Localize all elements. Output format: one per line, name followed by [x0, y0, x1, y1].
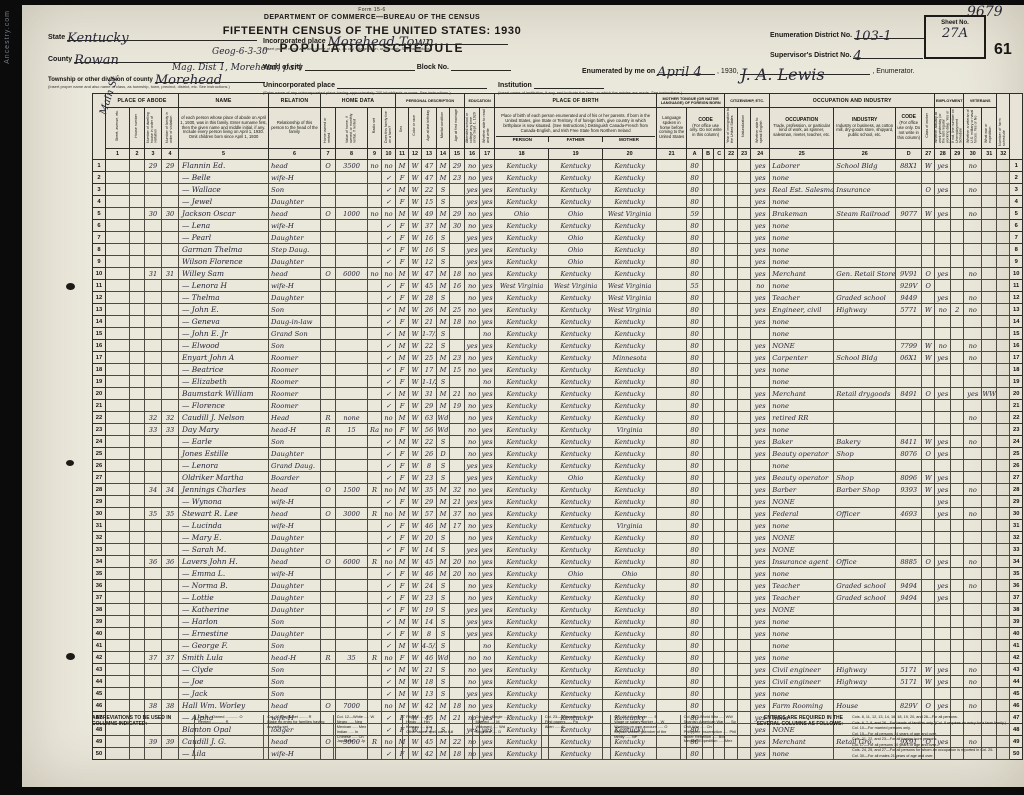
cell: yes — [480, 484, 495, 496]
cell: 7799 — [896, 340, 922, 352]
cell — [321, 184, 336, 196]
cell — [336, 472, 368, 484]
cell — [725, 376, 738, 388]
cell — [321, 676, 336, 688]
cell — [982, 592, 997, 604]
cell: Ohio — [549, 208, 603, 220]
cell: yes — [465, 256, 480, 268]
cell: S — [437, 256, 450, 268]
cell — [922, 220, 935, 232]
cell — [951, 700, 964, 712]
cell: W — [409, 520, 422, 532]
cell: no — [465, 412, 480, 424]
cell: Oldriker Martha — [179, 472, 269, 484]
cell: yes — [480, 160, 495, 172]
cell: Lavers John H. — [179, 556, 269, 568]
cell: F — [396, 400, 409, 412]
cell — [922, 412, 935, 424]
cell: yes — [751, 520, 770, 532]
cell — [738, 184, 751, 196]
cell: no — [465, 400, 480, 412]
cell — [130, 436, 145, 448]
cell — [725, 196, 738, 208]
cell: 15 — [450, 364, 465, 376]
cell — [130, 304, 145, 316]
cell — [368, 580, 382, 592]
cell: Kentucky — [495, 412, 549, 424]
cell: Ohio — [603, 568, 657, 580]
cell — [450, 628, 465, 640]
cell — [951, 448, 964, 460]
cell — [964, 544, 982, 556]
cell: S — [437, 544, 450, 556]
cell: Son — [269, 304, 321, 316]
cell — [935, 400, 951, 412]
cell — [738, 268, 751, 280]
column-number: 16 — [465, 149, 480, 160]
cell — [997, 508, 1010, 520]
cell — [935, 232, 951, 244]
cell: Teacher — [770, 580, 834, 592]
cell — [162, 460, 179, 472]
cell — [336, 544, 368, 556]
group-occupation-industry: OCCUPATION AND INDUSTRY — [770, 94, 935, 108]
cell: ✓ — [382, 340, 396, 352]
line-number: 18 — [1010, 364, 1023, 376]
cell: 23 — [422, 592, 437, 604]
cell — [935, 364, 951, 376]
cell: no — [382, 208, 396, 220]
cell — [964, 652, 982, 664]
cell — [951, 232, 964, 244]
cell: no — [465, 580, 480, 592]
cell: W — [409, 652, 422, 664]
department-line: DEPARTMENT OF COMMERCE—BUREAU OF THE CEN… — [182, 14, 562, 21]
column-number: 4 — [162, 149, 179, 160]
cell: yes — [751, 256, 770, 268]
cell: 25 — [450, 304, 465, 316]
cell: Kentucky — [603, 472, 657, 484]
cell: — Lottie — [179, 592, 269, 604]
cell — [714, 484, 725, 496]
cell — [935, 376, 951, 388]
cell — [703, 424, 714, 436]
cell — [964, 532, 982, 544]
table-row: 32— Mary E.Daughter✓FW20SnoyesKentuckyKe… — [93, 532, 1023, 544]
cell: Kentucky — [495, 256, 549, 268]
column-number: 31 — [982, 149, 997, 160]
cell — [703, 220, 714, 232]
table-row: 39— HarlonSon✓MW14SyesyesKentuckyKentuck… — [93, 616, 1023, 628]
line-number: 20 — [93, 388, 106, 400]
cell — [368, 496, 382, 508]
cell: S — [437, 328, 450, 340]
column-number: 15 — [450, 149, 465, 160]
cell: no — [382, 160, 396, 172]
cell: Kentucky — [495, 316, 549, 328]
cell: 13 — [422, 688, 437, 700]
cell — [997, 220, 1010, 232]
cell: retired RR — [770, 412, 834, 424]
cell — [145, 520, 162, 532]
cell — [336, 376, 368, 388]
cell: Roomer — [269, 352, 321, 364]
cell: yes — [480, 208, 495, 220]
cell: 80 — [687, 184, 703, 196]
cell: head-H — [269, 424, 321, 436]
cell — [922, 376, 935, 388]
cell — [935, 604, 951, 616]
line-number: 32 — [1010, 532, 1023, 544]
cell: no — [368, 208, 382, 220]
cell — [657, 688, 687, 700]
cell — [657, 544, 687, 556]
cell — [106, 292, 130, 304]
cell: Officer — [834, 508, 896, 520]
cell — [964, 172, 982, 184]
cell — [657, 496, 687, 508]
cell — [145, 628, 162, 640]
table-row: 17Enyart John ARoomer✓MW25M23noyesKentuc… — [93, 352, 1023, 364]
cell — [368, 616, 382, 628]
cell — [145, 256, 162, 268]
cell: yes — [480, 292, 495, 304]
enumeration-date: April 4 — [657, 65, 702, 80]
cell: Kentucky — [603, 412, 657, 424]
cell: 14 — [422, 616, 437, 628]
cell: 1500 — [336, 484, 368, 496]
cell — [703, 280, 714, 292]
cell: Jones Estille — [179, 448, 269, 460]
cell: O — [922, 388, 935, 400]
cell: yes — [935, 580, 951, 592]
cell: 80 — [687, 640, 703, 652]
table-row: 7— PearlDaughter✓FW16SyesyesKentuckyOhio… — [93, 232, 1023, 244]
cell — [106, 280, 130, 292]
cell — [450, 244, 465, 256]
cell: O — [922, 700, 935, 712]
cell: Kentucky — [495, 196, 549, 208]
line-number: 3 — [1010, 184, 1023, 196]
cell — [106, 556, 130, 568]
cell: 829V — [896, 700, 922, 712]
cell — [321, 196, 336, 208]
cell — [703, 556, 714, 568]
cell — [738, 520, 751, 532]
cell — [738, 412, 751, 424]
cell — [368, 472, 382, 484]
cell — [834, 364, 896, 376]
cell — [714, 472, 725, 484]
cell: M — [437, 496, 450, 508]
cell: 6000 — [336, 268, 368, 280]
line-number: 20 — [1010, 388, 1023, 400]
cell: 12 — [422, 256, 437, 268]
column-label: Number of family in order of visitation — [162, 108, 179, 149]
cell — [703, 676, 714, 688]
census-sheet: Form 15-6 DEPARTMENT OF COMMERCE—BUREAU … — [22, 5, 1024, 787]
cell: M — [396, 160, 409, 172]
table-row: 11— Lenora Hwife-H✓FW45M16noyesWest Virg… — [93, 280, 1023, 292]
cell — [657, 664, 687, 676]
table-row: 13— John E.Son✓MW26M25noyesKentuckyKentu… — [93, 304, 1023, 316]
cell — [997, 544, 1010, 556]
cell — [106, 424, 130, 436]
cell — [336, 340, 368, 352]
cell: none — [770, 328, 834, 340]
line-number: 13 — [93, 304, 106, 316]
cell: — Geneva — [179, 316, 269, 328]
cell: ✓ — [382, 532, 396, 544]
cell: F — [396, 376, 409, 388]
column-number: 6 — [269, 149, 321, 160]
cell — [714, 400, 725, 412]
cell — [336, 172, 368, 184]
cell: W — [409, 556, 422, 568]
cell — [935, 412, 951, 424]
cell — [703, 496, 714, 508]
cell — [725, 508, 738, 520]
cell: Office — [834, 556, 896, 568]
cell: WW — [982, 388, 997, 400]
cell — [145, 376, 162, 388]
cell: yes — [751, 688, 770, 700]
cell: Kentucky — [495, 484, 549, 496]
table-row: 2— Bellewife-H✓FW47M23noyesKentuckyKentu… — [93, 172, 1023, 184]
cell: ✓ — [382, 604, 396, 616]
cell: yes — [751, 388, 770, 400]
cell: W — [409, 376, 422, 388]
cell: 46 — [422, 520, 437, 532]
cell — [130, 700, 145, 712]
cell: Bakery — [834, 436, 896, 448]
cell — [935, 628, 951, 640]
cell: Kentucky — [495, 652, 549, 664]
cell: Kentucky — [603, 196, 657, 208]
cell: Kentucky — [603, 184, 657, 196]
cell — [368, 460, 382, 472]
cell — [145, 688, 162, 700]
cell: Beauty operator — [770, 448, 834, 460]
cell — [714, 388, 725, 400]
cell: yes — [480, 196, 495, 208]
cell: Kentucky — [495, 448, 549, 460]
cell: Retail drygoods — [834, 388, 896, 400]
cell: — Mary E. — [179, 532, 269, 544]
cell — [106, 616, 130, 628]
cell — [738, 256, 751, 268]
table-row: 283434Jennings CharlesheadO1500RnoMW35M3… — [93, 484, 1023, 496]
cell: F — [396, 232, 409, 244]
cell — [951, 508, 964, 520]
cell: yes — [480, 220, 495, 232]
cell: yes — [480, 352, 495, 364]
cell: yes — [935, 556, 951, 568]
cell: no — [382, 268, 396, 280]
cell: yes — [465, 184, 480, 196]
cell: Kentucky — [495, 532, 549, 544]
cell: W — [409, 592, 422, 604]
entries-note: Col. 15—For all persons 14 years of age … — [852, 732, 1022, 737]
cell: W — [409, 628, 422, 640]
cell — [834, 220, 896, 232]
cell: head — [269, 268, 321, 280]
cell: 80 — [687, 424, 703, 436]
line-number: 7 — [1010, 232, 1023, 244]
cell: Ohio — [549, 568, 603, 580]
cell: 80 — [687, 616, 703, 628]
cell: Kentucky — [495, 364, 549, 376]
cell: yes — [465, 616, 480, 628]
cell: — Wallace — [179, 184, 269, 196]
page-number: 61 — [994, 41, 1012, 59]
cell: yes — [480, 628, 495, 640]
line-number-column — [1010, 94, 1023, 160]
column-label: Radio set — [368, 108, 382, 149]
cell: M — [437, 304, 450, 316]
cell — [751, 460, 770, 472]
cell — [106, 604, 130, 616]
cell: D — [437, 448, 450, 460]
cell — [982, 652, 997, 664]
column-number: 17 — [480, 149, 495, 160]
cell: Carpenter — [770, 352, 834, 364]
cell: Highway — [834, 664, 896, 676]
cell: Kentucky — [603, 388, 657, 400]
cell — [450, 472, 465, 484]
cell: Insurance — [834, 184, 896, 196]
cell — [145, 496, 162, 508]
table-row: 45— JackSon✓MW13SyesyesKentuckyKentuckyK… — [93, 688, 1023, 700]
cell: W — [409, 664, 422, 676]
cell: ✓ — [382, 592, 396, 604]
cell: 24 — [422, 580, 437, 592]
cell: Kentucky — [549, 184, 603, 196]
line-number: 16 — [1010, 340, 1023, 352]
cell: Virginia — [603, 424, 657, 436]
cell: 14 — [422, 544, 437, 556]
cell: W — [409, 184, 422, 196]
cell: yes — [751, 220, 770, 232]
column-number: 9 — [368, 149, 382, 160]
cell: W — [922, 340, 935, 352]
cell: yes — [751, 172, 770, 184]
cell — [725, 652, 738, 664]
cell — [336, 448, 368, 460]
cell: W — [409, 364, 422, 376]
cell: Wd — [437, 424, 450, 436]
cell: 80 — [687, 328, 703, 340]
cell: 80 — [687, 364, 703, 376]
line-number: 5 — [93, 208, 106, 220]
cell — [130, 292, 145, 304]
cell — [130, 184, 145, 196]
cell: Shop — [834, 448, 896, 460]
cell: no — [964, 676, 982, 688]
cell — [738, 508, 751, 520]
cell: yes — [751, 424, 770, 436]
cell — [162, 544, 179, 556]
cell: no — [964, 352, 982, 364]
column-label: Attended school or college any time sinc… — [465, 108, 480, 149]
cell — [896, 232, 922, 244]
cell: Kentucky — [495, 700, 549, 712]
cell — [922, 616, 935, 628]
cell — [714, 640, 725, 652]
cell — [450, 256, 465, 268]
cell — [106, 232, 130, 244]
cell — [145, 280, 162, 292]
cell: yes — [935, 436, 951, 448]
line-number: 28 — [93, 484, 106, 496]
cell — [465, 640, 480, 652]
cell: yes — [935, 592, 951, 604]
cell — [657, 568, 687, 580]
cell: F — [396, 292, 409, 304]
cell — [336, 460, 368, 472]
cell — [657, 160, 687, 172]
cell — [336, 352, 368, 364]
cell: M — [396, 556, 409, 568]
line-number: 2 — [93, 172, 106, 184]
cell: yes — [751, 556, 770, 568]
line-number: 9 — [93, 256, 106, 268]
cell — [657, 196, 687, 208]
cell — [922, 172, 935, 184]
cell: 37 — [422, 220, 437, 232]
cell — [935, 172, 951, 184]
cell — [997, 604, 1010, 616]
cell — [321, 436, 336, 448]
cell: M — [437, 172, 450, 184]
table-row: 40— ErnestineDaughter✓FW8SyesyesKentucky… — [93, 628, 1023, 640]
cell — [657, 220, 687, 232]
cell — [130, 160, 145, 172]
cell: no — [964, 556, 982, 568]
cell — [951, 592, 964, 604]
cell — [951, 268, 964, 280]
table-row: 4— JewelDaughter✓FW15SyesyesKentuckyKent… — [93, 196, 1023, 208]
cell: F — [396, 592, 409, 604]
abbreviation-column: Col. 12—White ..... W Negro ..... Neg Me… — [333, 715, 398, 759]
cell: O — [321, 700, 336, 712]
cell — [703, 664, 714, 676]
cell: M — [437, 280, 450, 292]
cell — [997, 436, 1010, 448]
cell — [703, 652, 714, 664]
cell — [714, 328, 725, 340]
line-number: 13 — [1010, 304, 1023, 316]
cell: W — [409, 412, 422, 424]
cell: yes — [751, 628, 770, 640]
line-number: 30 — [1010, 508, 1023, 520]
abbreviation-column: Filipino ..... Fil Hindu ..... Hin Korea… — [402, 715, 467, 759]
cell: 30 — [162, 208, 179, 220]
cell: Kentucky — [495, 664, 549, 676]
cell — [450, 532, 465, 544]
cell: Steam Railroad — [834, 208, 896, 220]
cell — [130, 364, 145, 376]
cell — [997, 388, 1010, 400]
cell — [714, 508, 725, 520]
cell: ✓ — [382, 520, 396, 532]
cell: yes — [935, 388, 951, 400]
cell — [321, 640, 336, 652]
cell: Kentucky — [603, 580, 657, 592]
cell — [982, 496, 997, 508]
cell — [738, 448, 751, 460]
cell: — Lucinda — [179, 520, 269, 532]
